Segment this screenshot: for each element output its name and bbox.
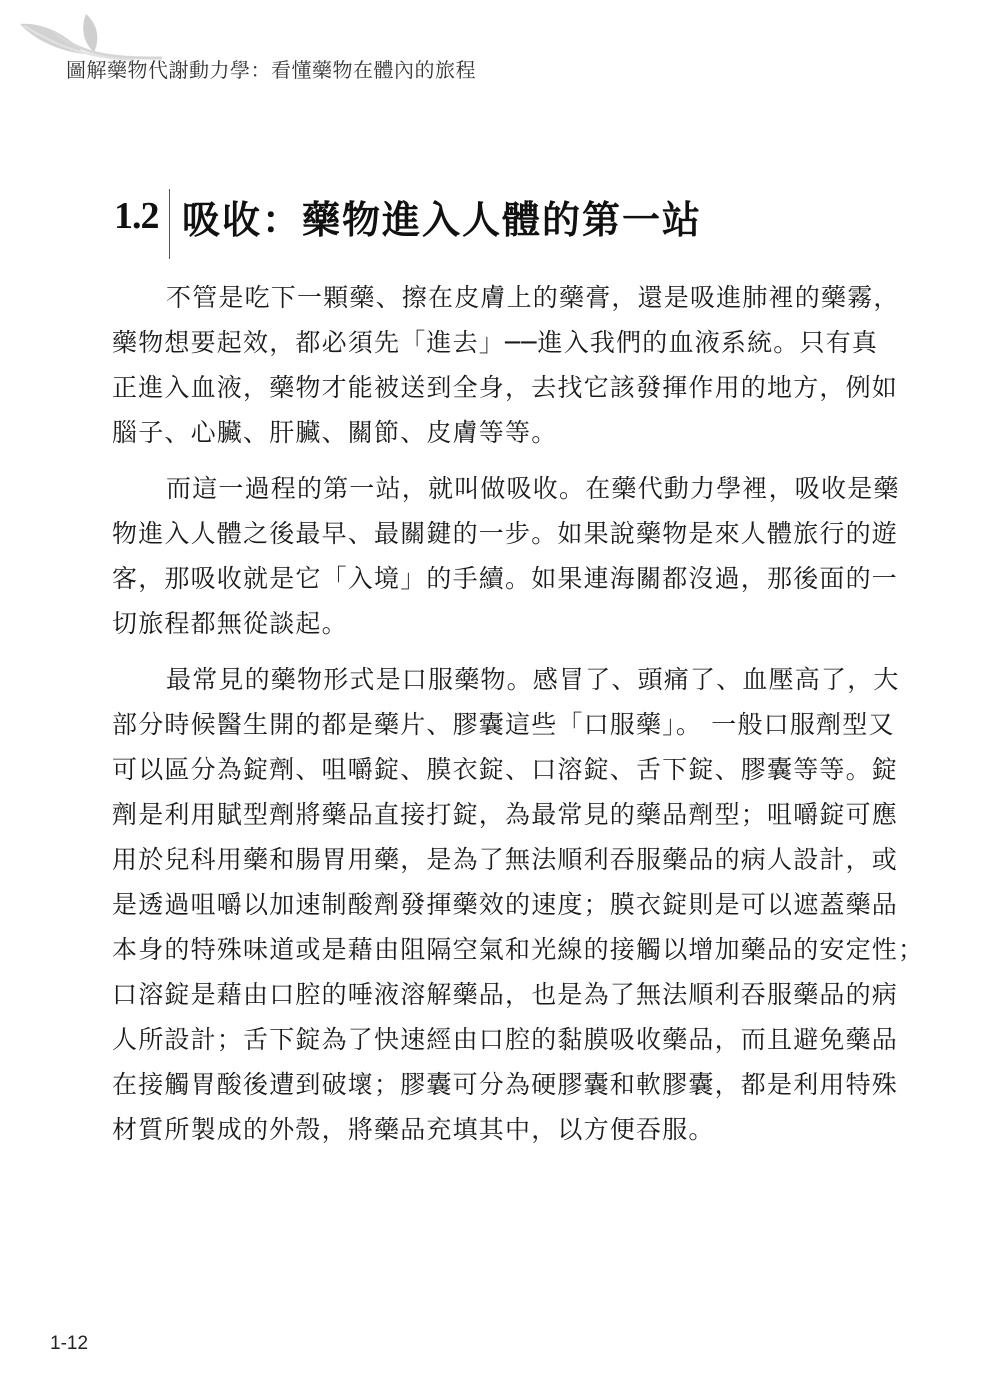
section-title: 吸收：藥物進入人體的第一站 [182,189,702,244]
paragraph-gap [112,455,862,466]
paragraph: 而這一過程的第一站，就叫做吸收。在藥代動力學裡，吸收是藥 物進入人體之後最早、最… [112,466,862,646]
text-line: 藥物想要起效，都必須先「進去」──進入我們的血液系統。只有真 [112,320,862,365]
text-line: 切旅程都無從談起。 [112,601,862,646]
text-line: 而這一過程的第一站，就叫做吸收。在藥代動力學裡，吸收是藥 [112,466,862,511]
text-line: 正進入血液，藥物才能被送到全身，去找它該發揮作用的地方，例如 [112,365,862,410]
heading-divider [169,189,171,259]
text-line: 在接觸胃酸後遭到破壞；膠囊可分為硬膠囊和軟膠囊，都是利用特殊 [112,1062,862,1107]
text-line: 可以區分為錠劑、咀嚼錠、膜衣錠、口溶錠、舌下錠、膠囊等等。錠 [112,747,862,792]
text-line: 材質所製成的外殼，將藥品充填其中，以方便吞服。 [112,1107,862,1152]
text-line: 口溶錠是藉由口腔的唾液溶解藥品，也是為了無法順利吞服藥品的病 [112,972,862,1017]
running-header-title: 圖解藥物代謝動力學：看懂藥物在體內的旅程 [66,54,476,83]
page-number: 1-12 [50,1333,88,1355]
text-line: 用於兒科用藥和腸胃用藥，是為了無法順利吞服藥品的病人設計，或 [112,837,862,882]
section-number: 1.2 [114,194,159,238]
text-line: 劑是利用賦型劑將藥品直接打錠，為最常見的藥品劑型；咀嚼錠可應 [112,792,862,837]
text-line: 部分時候醫生開的都是藥片、膠囊這些「口服藥」。 一般口服劑型又 [112,702,862,747]
text-line: 客，那吸收就是它「入境」的手續。如果連海關都沒過，那後面的一 [112,556,862,601]
text-line: 最常見的藥物形式是口服藥物。感冒了、頭痛了、血壓高了，大 [112,657,862,702]
paragraph-gap [112,646,862,657]
body-text: 不管是吃下一顆藥、擦在皮膚上的藥膏，還是吸進肺裡的藥霧， 藥物想要起效，都必須先… [112,275,862,1152]
text-line: 是透過咀嚼以加速制酸劑發揮藥效的速度；膜衣錠則是可以遮蓋藥品 [112,882,862,927]
text-line: 本身的特殊味道或是藉由阻隔空氣和光線的接觸以增加藥品的安定性； [112,927,862,972]
text-line: 人所設計；舌下錠為了快速經由口腔的黏膜吸收藥品，而且避免藥品 [112,1017,862,1062]
section-heading: 1.2 吸收：藥物進入人體的第一站 [114,186,702,246]
text-line: 腦子、心臟、肝臟、關節、皮膚等等。 [112,410,862,455]
text-line: 物進入人體之後最早、最關鍵的一步。如果說藥物是來人體旅行的遊 [112,511,862,556]
paragraph: 最常見的藥物形式是口服藥物。感冒了、頭痛了、血壓高了，大 部分時候醫生開的都是藥… [112,657,862,1152]
paragraph: 不管是吃下一顆藥、擦在皮膚上的藥膏，還是吸進肺裡的藥霧， 藥物想要起效，都必須先… [112,275,862,455]
text-line: 不管是吃下一顆藥、擦在皮膚上的藥膏，還是吸進肺裡的藥霧， [112,275,862,320]
